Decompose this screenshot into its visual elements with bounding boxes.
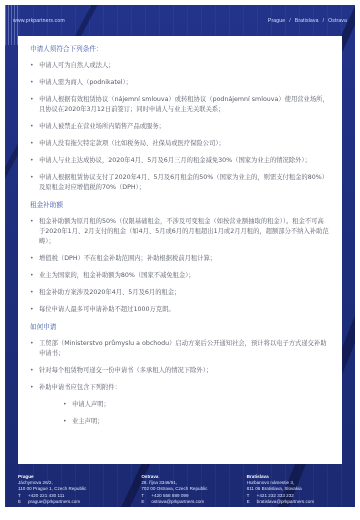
list-item: 申请人根据租赁协议支付了2020年4月、5月及6月租金的50%（国家为业主的，则… bbox=[30, 173, 330, 193]
office-email-row: E bratislava@prkpartners.com bbox=[247, 499, 350, 505]
list-item: 针对每个租赁物可递交一份申请书（多承租人的情况下除外）； bbox=[30, 366, 330, 376]
city-bratislava: Bratislava bbox=[295, 18, 319, 24]
office-email-row: E prague@prkpartners.com bbox=[18, 499, 121, 505]
email-label: E bbox=[141, 499, 151, 505]
office-ostrava: Ostrava 28. října 3346/91, 702 00 Ostrav… bbox=[141, 474, 244, 505]
section-how-to-apply: 如何申请 工贸部（Ministerstvo průmyslu a obchodu… bbox=[30, 322, 330, 427]
page-header: www.prkpartners.com Prague/Bratislava/Os… bbox=[13, 15, 347, 27]
list-item: 业主为国家的，租金补助额为80%（国家不减免租金）； bbox=[30, 271, 330, 281]
section-title: 如何申请 bbox=[30, 322, 330, 332]
city-separator: / bbox=[319, 18, 329, 24]
section-subsidy-amount: 租金补助额 租金补助额为原月租的50%（仅限基础租金，不涉及可变租金（如按营业额… bbox=[30, 200, 330, 315]
email-label: E bbox=[18, 499, 28, 505]
list-item: 申请人根据有效租赁协议（nájemní smlouva）或转租协议（podnáj… bbox=[30, 95, 330, 115]
office-email-link[interactable]: prague@prkpartners.com bbox=[28, 499, 80, 505]
list-item: 增值税（DPH）不在租金补助范围内；补助根据税前月租计算； bbox=[30, 254, 330, 264]
office-email-row: E ostrava@prkpartners.com bbox=[141, 499, 244, 505]
attachments-list: 申请人声明； 业主声明； bbox=[39, 400, 330, 427]
list-item: 业主声明； bbox=[63, 417, 330, 427]
list-item: 补助申请书应包含下列附件： 申请人声明； 业主声明； bbox=[30, 383, 330, 427]
section-eligibility: 申请人须符合下列条件： 申请人可为自然人或法人； 申请人需为商人（podnika… bbox=[30, 44, 330, 193]
office-email-link[interactable]: ostrava@prkpartners.com bbox=[151, 499, 204, 505]
list-item: 申请人被禁止在营业场所内销售产品或服务； bbox=[30, 122, 330, 132]
list-item-text: 补助申请书应包含下列附件： bbox=[39, 384, 121, 391]
office-cities: Prague/Bratislava/Ostrava bbox=[268, 18, 347, 24]
list-item: 每位申请人最多可申请补助不超过1000万克朗。 bbox=[30, 305, 330, 315]
list-item: 申请人没有拖欠特定款项（比如税务局、社保局或医疗保险公司）； bbox=[30, 139, 330, 149]
list-item: 申请人需为商人（podnikatel）； bbox=[30, 78, 330, 88]
city-separator: / bbox=[285, 18, 295, 24]
section-title: 申请人须符合下列条件： bbox=[30, 44, 330, 54]
email-label: E bbox=[247, 499, 257, 505]
list-item: 申请人声明； bbox=[63, 400, 330, 410]
page-footer: Prague Jáchymova 26/2, 110 00 Prague 1, … bbox=[18, 474, 350, 505]
list-item: 租金补助方案涉及2020年4月、5月及6月的租金； bbox=[30, 288, 330, 298]
list-item: 申请人可为自然人或法人； bbox=[30, 61, 330, 71]
office-prague: Prague Jáchymova 26/2, 110 00 Prague 1, … bbox=[18, 474, 121, 505]
list-item: 工贸部（Ministerstvo průmyslu a obchodu）启动方案… bbox=[30, 339, 330, 359]
city-ostrava: Ostrava bbox=[328, 18, 347, 24]
content-card: 申请人须符合下列条件： 申请人可为自然人或法人； 申请人需为商人（podnika… bbox=[18, 36, 342, 464]
eligibility-list: 申请人可为自然人或法人； 申请人需为商人（podnikatel）； 申请人根据有… bbox=[30, 61, 330, 193]
office-bratislava: Bratislava Hurbanovo námestie 3, 811 06 … bbox=[247, 474, 350, 505]
office-email-link[interactable]: bratislava@prkpartners.com bbox=[257, 499, 315, 505]
list-item: 租金补助额为原月租的50%（仅限基础租金，不涉及可变租金（如按营业额抽取的租金）… bbox=[30, 217, 330, 247]
list-item: 申请人与业主达成协议，2020年4月、5月及6月三月的租金减免30%（国家为业主… bbox=[30, 156, 330, 166]
website-link[interactable]: www.prkpartners.com bbox=[13, 18, 65, 24]
subsidy-list: 租金补助额为原月租的50%（仅限基础租金，不涉及可变租金（如按营业额抽取的租金）… bbox=[30, 217, 330, 315]
city-prague: Prague bbox=[268, 18, 285, 24]
application-list: 工贸部（Ministerstvo průmyslu a obchodu）启动方案… bbox=[30, 339, 330, 427]
section-title: 租金补助额 bbox=[30, 200, 330, 210]
